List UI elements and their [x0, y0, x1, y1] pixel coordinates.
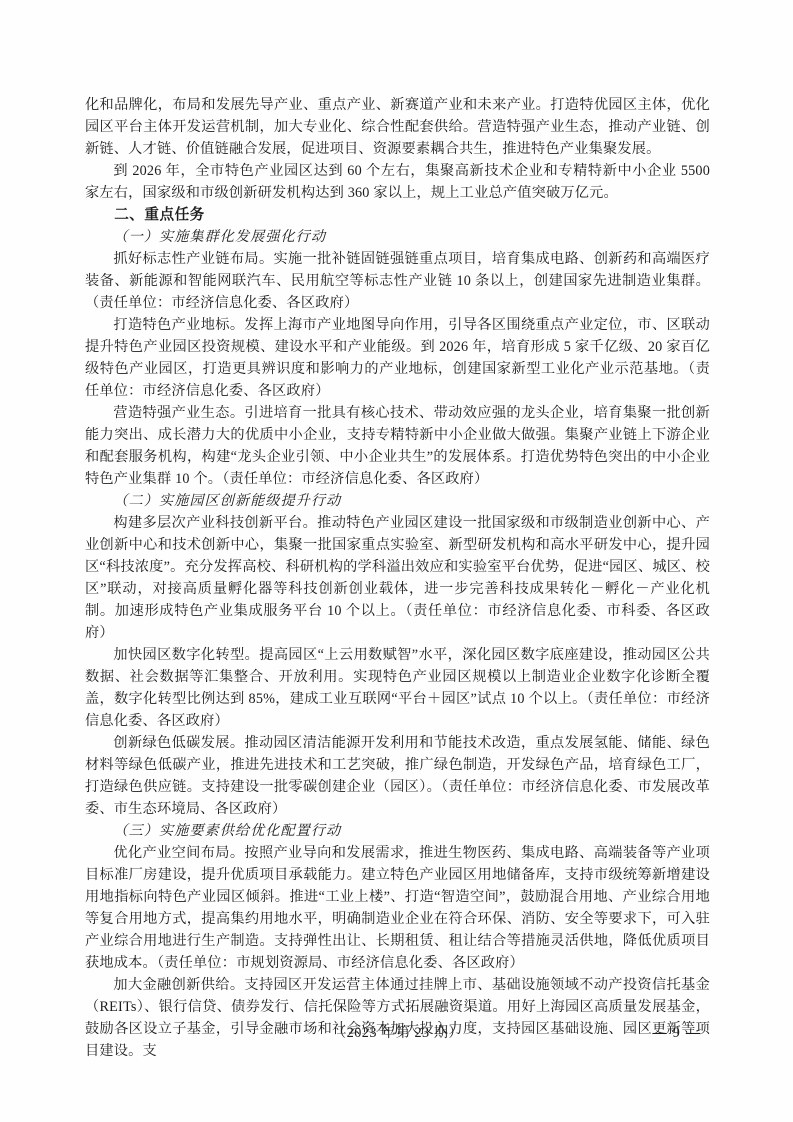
subsection-heading-2: （二）实施园区创新能级提升行动 — [85, 490, 710, 512]
body-paragraph: 打造特色产业地标。发挥上海市产业地图导向作用，引导各区围绕重点产业定位，市、区联… — [85, 314, 710, 402]
body-paragraph: 化和品牌化，布局和发展先导产业、重点产业、新赛道产业和未来产业。打造特优园区主体… — [85, 94, 710, 160]
body-paragraph: 加大金融创新供给。支持园区开发运营主体通过挂牌上市、基础设施领域不动产投资信托基… — [85, 974, 710, 1062]
page-number-dash-right: — — [680, 1025, 706, 1041]
body-paragraph: 创新绿色低碳发展。推动园区清洁能源开发利用和节能技术改造，重点发展氢能、储能、绿… — [85, 732, 710, 820]
section-heading: 二、重点任务 — [85, 204, 710, 226]
subsection-heading-1: （一）实施集群化发展强化行动 — [85, 226, 710, 248]
body-paragraph: 营造特强产业生态。引进培育一批具有核心技术、带动效应强的龙头企业，培育集聚一批创… — [85, 402, 710, 490]
document-page: 化和品牌化，布局和发展先导产业、重点产业、新赛道产业和未来产业。打造特优园区主体… — [0, 0, 793, 1122]
body-paragraph: 抓好标志性产业链布局。实施一批补链固链强链重点项目，培育集成电路、创新药和高端医… — [85, 248, 710, 314]
body-paragraph: 加快园区数字化转型。提高园区“上云用数赋智”水平，深化园区数字底座建设，推动园区… — [85, 644, 710, 732]
document-body: 化和品牌化，布局和发展先导产业、重点产业、新赛道产业和未来产业。打造特优园区主体… — [85, 94, 710, 1062]
page-number-value: 9 — [673, 1025, 680, 1041]
subsection-heading-3: （三）实施要素供给优化配置行动 — [85, 820, 710, 842]
page-footer: （2023 年第 23 期） —9— — [85, 1022, 710, 1044]
body-paragraph: 优化产业空间布局。按照产业导向和发展需求，推进生物医药、集成电路、高端装备等产业… — [85, 842, 710, 974]
issue-label: （2023 年第 23 期） — [85, 1022, 710, 1044]
page-number-dash-left: — — [647, 1025, 673, 1041]
page-number: —9— — [647, 1022, 706, 1044]
body-paragraph: 构建多层次产业科技创新平台。推动特色产业园区建设一批国家级和市级制造业创新中心、… — [85, 512, 710, 644]
body-paragraph: 到 2026 年，全市特色产业园区达到 60 个左右，集聚高新技术企业和专精特新… — [85, 160, 710, 204]
